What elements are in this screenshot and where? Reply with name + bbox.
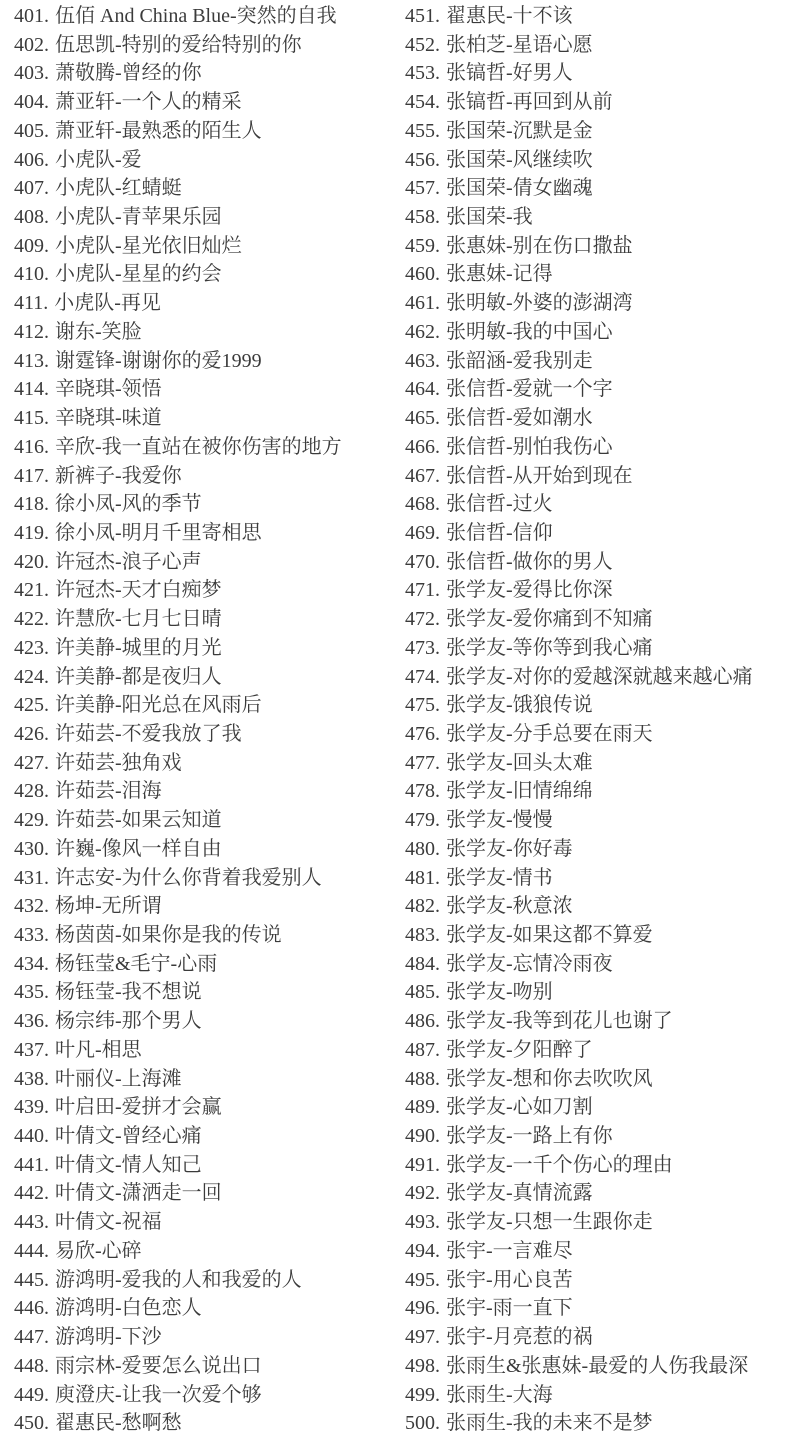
list-item: 478.张学友-旧情绵绵 xyxy=(405,777,753,806)
song-entry: 张宇-雨一直下 xyxy=(446,1297,573,1319)
song-number: 495. xyxy=(405,1269,440,1291)
song-entry: 张国荣-我 xyxy=(446,206,533,228)
song-entry: 张学友-饿狼传说 xyxy=(446,694,593,716)
list-item: 401.伍佰 And China Blue-突然的自我 xyxy=(14,2,342,31)
list-item: 420.许冠杰-浪子心声 xyxy=(14,548,342,577)
list-item: 438.叶丽仪-上海滩 xyxy=(14,1065,342,1094)
song-entry: 杨钰莹&毛宁-心雨 xyxy=(55,953,217,975)
song-entry: 张信哲-爱就一个字 xyxy=(446,378,613,400)
song-entry: 小虎队-星星的约会 xyxy=(55,263,222,285)
song-number: 449. xyxy=(14,1384,49,1406)
song-number: 447. xyxy=(14,1326,49,1348)
song-number: 409. xyxy=(14,235,49,257)
song-number: 425. xyxy=(14,694,49,716)
list-item: 486.张学友-我等到花儿也谢了 xyxy=(405,1007,753,1036)
list-item: 457.张国荣-倩女幽魂 xyxy=(405,174,753,203)
list-item: 433.杨茵茵-如果你是我的传说 xyxy=(14,921,342,950)
list-item: 418.徐小凤-风的季节 xyxy=(14,490,342,519)
list-item: 430.许巍-像风一样自由 xyxy=(14,835,342,864)
song-number: 437. xyxy=(14,1039,49,1061)
song-number: 500. xyxy=(405,1412,440,1434)
song-entry: 辛晓琪-味道 xyxy=(55,407,162,429)
song-number: 480. xyxy=(405,838,440,860)
song-entry: 张学友-吻别 xyxy=(446,981,553,1003)
song-entry: 小虎队-星光依旧灿烂 xyxy=(55,235,242,257)
list-item: 415.辛晓琪-味道 xyxy=(14,404,342,433)
song-number: 452. xyxy=(405,34,440,56)
song-entry: 张学友-情书 xyxy=(446,867,553,889)
song-entry: 许茹芸-独角戏 xyxy=(55,752,182,774)
list-item: 447.游鸿明-下沙 xyxy=(14,1323,342,1352)
song-entry: 小虎队-青苹果乐园 xyxy=(55,206,222,228)
list-item: 422.许慧欣-七月七日晴 xyxy=(14,605,342,634)
list-item: 479.张学友-慢慢 xyxy=(405,806,753,835)
song-number: 429. xyxy=(14,809,49,831)
list-item: 410.小虎队-星星的约会 xyxy=(14,260,342,289)
song-entry: 叶倩文-潇洒走一回 xyxy=(55,1182,222,1204)
song-number: 441. xyxy=(14,1154,49,1176)
song-entry: 杨宗纬-那个男人 xyxy=(55,1010,202,1032)
song-entry: 小虎队-爱 xyxy=(55,149,142,171)
song-entry: 谢霆锋-谢谢你的爱1999 xyxy=(55,350,262,372)
song-entry: 张学友-等你等到我心痛 xyxy=(446,637,653,659)
song-entry: 叶凡-相思 xyxy=(55,1039,142,1061)
list-item: 413.谢霆锋-谢谢你的爱1999 xyxy=(14,347,342,376)
song-number: 492. xyxy=(405,1182,440,1204)
song-number: 453. xyxy=(405,62,440,84)
song-entry: 张学友-一路上有你 xyxy=(446,1125,613,1147)
list-item: 465.张信哲-爱如潮水 xyxy=(405,404,753,433)
song-entry: 辛晓琪-领悟 xyxy=(55,378,162,400)
song-entry: 徐小凤-明月千里寄相思 xyxy=(55,522,262,544)
song-number: 446. xyxy=(14,1297,49,1319)
list-item: 472.张学友-爱你痛到不知痛 xyxy=(405,605,753,634)
song-entry: 张学友-心如刀割 xyxy=(446,1096,593,1118)
song-list-column-left: 401.伍佰 And China Blue-突然的自我402.伍思凯-特别的爱给… xyxy=(14,2,342,1436)
list-item: 466.张信哲-别怕我伤心 xyxy=(405,433,753,462)
song-list-column-right: 451.翟惠民-十不该452.张柏芝-星语心愿453.张镐哲-好男人454.张镐… xyxy=(405,2,753,1436)
song-number: 451. xyxy=(405,5,440,27)
song-entry: 张信哲-过火 xyxy=(446,493,553,515)
song-entry: 许茹芸-如果云知道 xyxy=(55,809,222,831)
song-entry: 叶倩文-曾经心痛 xyxy=(55,1125,202,1147)
song-number: 445. xyxy=(14,1269,49,1291)
song-entry: 杨坤-无所谓 xyxy=(55,895,162,917)
song-number: 479. xyxy=(405,809,440,831)
list-item: 426.许茹芸-不爱我放了我 xyxy=(14,720,342,749)
song-number: 460. xyxy=(405,263,440,285)
list-item: 462.张明敏-我的中国心 xyxy=(405,318,753,347)
song-entry: 小虎队-再见 xyxy=(54,292,161,314)
song-number: 436. xyxy=(14,1010,49,1032)
list-item: 450.翟惠民-愁啊愁 xyxy=(14,1409,342,1436)
song-entry: 张雨生-大海 xyxy=(446,1384,553,1406)
list-item: 439.叶启田-爱拼才会赢 xyxy=(14,1093,342,1122)
list-item: 441.叶倩文-情人知己 xyxy=(14,1151,342,1180)
song-number: 402. xyxy=(14,34,49,56)
song-entry: 张宇-用心良苦 xyxy=(446,1269,573,1291)
song-number: 463. xyxy=(405,350,440,372)
song-number: 467. xyxy=(405,465,440,487)
song-number: 464. xyxy=(405,378,440,400)
song-entry: 张韶涵-爱我别走 xyxy=(446,350,593,372)
list-item: 481.张学友-情书 xyxy=(405,864,753,893)
song-number: 421. xyxy=(14,579,49,601)
song-entry: 萧敬腾-曾经的你 xyxy=(55,62,202,84)
list-item: 453.张镐哲-好男人 xyxy=(405,59,753,88)
list-item: 411.小虎队-再见 xyxy=(14,289,342,318)
song-number: 486. xyxy=(405,1010,440,1032)
list-item: 446.游鸿明-白色恋人 xyxy=(14,1294,342,1323)
song-number: 417. xyxy=(14,465,49,487)
song-entry: 许冠杰-天才白痴梦 xyxy=(55,579,222,601)
song-number: 431. xyxy=(14,867,49,889)
list-item: 431.许志安-为什么你背着我爱别人 xyxy=(14,864,342,893)
song-entry: 张惠妹-别在伤口撒盐 xyxy=(446,235,633,257)
list-item: 419.徐小凤-明月千里寄相思 xyxy=(14,519,342,548)
song-number: 490. xyxy=(405,1125,440,1147)
list-item: 449.庾澄庆-让我一次爱个够 xyxy=(14,1381,342,1410)
song-entry: 张柏芝-星语心愿 xyxy=(446,34,593,56)
list-item: 480.张学友-你好毒 xyxy=(405,835,753,864)
list-item: 485.张学友-吻别 xyxy=(405,978,753,1007)
song-entry: 小虎队-红蜻蜓 xyxy=(55,177,182,199)
song-entry: 游鸿明-爱我的人和我爱的人 xyxy=(55,1269,302,1291)
song-number: 465. xyxy=(405,407,440,429)
list-item: 409.小虎队-星光依旧灿烂 xyxy=(14,232,342,261)
song-number: 474. xyxy=(405,666,440,688)
song-entry: 张镐哲-再回到从前 xyxy=(446,91,613,113)
song-number: 412. xyxy=(14,321,49,343)
song-entry: 张学友-你好毒 xyxy=(446,838,573,860)
song-number: 406. xyxy=(14,149,49,171)
song-entry: 张信哲-爱如潮水 xyxy=(446,407,593,429)
song-entry: 张国荣-倩女幽魂 xyxy=(446,177,593,199)
song-entry: 张学友-只想一生跟你走 xyxy=(446,1211,653,1233)
song-entry: 许茹芸-泪海 xyxy=(55,780,162,802)
list-item: 496.张宇-雨一直下 xyxy=(405,1294,753,1323)
song-entry: 伍思凯-特别的爱给特别的你 xyxy=(55,34,302,56)
song-number: 487. xyxy=(405,1039,440,1061)
song-number: 443. xyxy=(14,1211,49,1233)
song-entry: 新裤子-我爱你 xyxy=(55,465,182,487)
song-number: 471. xyxy=(405,579,440,601)
song-entry: 辛欣-我一直站在被你伤害的地方 xyxy=(55,436,342,458)
song-number: 414. xyxy=(14,378,49,400)
song-number: 448. xyxy=(14,1355,49,1377)
list-item: 408.小虎队-青苹果乐园 xyxy=(14,203,342,232)
song-entry: 张国荣-沉默是金 xyxy=(446,120,593,142)
song-number: 442. xyxy=(14,1182,49,1204)
song-entry: 张惠妹-记得 xyxy=(446,263,553,285)
list-item: 455.张国荣-沉默是金 xyxy=(405,117,753,146)
song-number: 420. xyxy=(14,551,49,573)
song-entry: 张学友-一千个伤心的理由 xyxy=(446,1154,673,1176)
song-number: 478. xyxy=(405,780,440,802)
list-item: 459.张惠妹-别在伤口撒盐 xyxy=(405,232,753,261)
song-entry: 游鸿明-下沙 xyxy=(55,1326,162,1348)
list-item: 432.杨坤-无所谓 xyxy=(14,892,342,921)
list-item: 435.杨钰莹-我不想说 xyxy=(14,978,342,1007)
song-number: 423. xyxy=(14,637,49,659)
song-number: 419. xyxy=(14,522,49,544)
song-number: 407. xyxy=(14,177,49,199)
song-entry: 徐小凤-风的季节 xyxy=(55,493,202,515)
song-number: 455. xyxy=(405,120,440,142)
list-item: 471.张学友-爱得比你深 xyxy=(405,576,753,605)
song-number: 426. xyxy=(14,723,49,745)
song-number: 499. xyxy=(405,1384,440,1406)
list-item: 412.谢东-笑脸 xyxy=(14,318,342,347)
list-item: 475.张学友-饿狼传说 xyxy=(405,691,753,720)
song-number: 428. xyxy=(14,780,49,802)
list-item: 428.许茹芸-泪海 xyxy=(14,777,342,806)
song-entry: 张信哲-从开始到现在 xyxy=(446,465,633,487)
song-number: 462. xyxy=(405,321,440,343)
list-item: 474.张学友-对你的爱越深就越来越心痛 xyxy=(405,663,753,692)
song-number: 484. xyxy=(405,953,440,975)
song-entry: 杨茵茵-如果你是我的传说 xyxy=(55,924,282,946)
song-entry: 许冠杰-浪子心声 xyxy=(55,551,202,573)
song-number: 485. xyxy=(405,981,440,1003)
list-item: 424.许美静-都是夜归人 xyxy=(14,663,342,692)
song-entry: 杨钰莹-我不想说 xyxy=(55,981,202,1003)
list-item: 492.张学友-真情流露 xyxy=(405,1179,753,1208)
list-item: 490.张学友-一路上有你 xyxy=(405,1122,753,1151)
song-entry: 叶倩文-情人知己 xyxy=(55,1154,202,1176)
list-item: 405.萧亚轩-最熟悉的陌生人 xyxy=(14,117,342,146)
song-number: 427. xyxy=(14,752,49,774)
list-item: 494.张宇-一言难尽 xyxy=(405,1237,753,1266)
song-number: 439. xyxy=(14,1096,49,1118)
list-item: 468.张信哲-过火 xyxy=(405,490,753,519)
song-entry: 张信哲-别怕我伤心 xyxy=(446,436,613,458)
song-entry: 许美静-城里的月光 xyxy=(55,637,222,659)
song-number: 497. xyxy=(405,1326,440,1348)
song-entry: 翟惠民-愁啊愁 xyxy=(55,1412,182,1434)
list-item: 463.张韶涵-爱我别走 xyxy=(405,347,753,376)
song-list-document: 401.伍佰 And China Blue-突然的自我402.伍思凯-特别的爱给… xyxy=(0,0,800,1436)
song-number: 438. xyxy=(14,1068,49,1090)
list-item: 403.萧敬腾-曾经的你 xyxy=(14,59,342,88)
song-number: 496. xyxy=(405,1297,440,1319)
list-item: 452.张柏芝-星语心愿 xyxy=(405,31,753,60)
song-entry: 叶启田-爱拼才会赢 xyxy=(55,1096,222,1118)
song-number: 488. xyxy=(405,1068,440,1090)
song-entry: 庾澄庆-让我一次爱个够 xyxy=(55,1384,262,1406)
song-number: 458. xyxy=(405,206,440,228)
list-item: 427.许茹芸-独角戏 xyxy=(14,749,342,778)
list-item: 488.张学友-想和你去吹吹风 xyxy=(405,1065,753,1094)
list-item: 445.游鸿明-爱我的人和我爱的人 xyxy=(14,1266,342,1295)
list-item: 454.张镐哲-再回到从前 xyxy=(405,88,753,117)
list-item: 498.张雨生&张惠妹-最爱的人伤我最深 xyxy=(405,1352,753,1381)
list-item: 416.辛欣-我一直站在被你伤害的地方 xyxy=(14,433,342,462)
list-item: 451.翟惠民-十不该 xyxy=(405,2,753,31)
list-item: 404.萧亚轩-一个人的精采 xyxy=(14,88,342,117)
song-number: 405. xyxy=(14,120,49,142)
song-entry: 张学友-夕阳醉了 xyxy=(446,1039,593,1061)
list-item: 469.张信哲-信仰 xyxy=(405,519,753,548)
song-number: 456. xyxy=(405,149,440,171)
song-number: 440. xyxy=(14,1125,49,1147)
song-number: 430. xyxy=(14,838,49,860)
list-item: 483.张学友-如果这都不算爱 xyxy=(405,921,753,950)
song-entry: 张学友-忘情冷雨夜 xyxy=(446,953,613,975)
song-number: 493. xyxy=(405,1211,440,1233)
list-item: 443.叶倩文-祝福 xyxy=(14,1208,342,1237)
song-entry: 张学友-慢慢 xyxy=(446,809,553,831)
song-number: 472. xyxy=(405,608,440,630)
list-item: 476.张学友-分手总要在雨天 xyxy=(405,720,753,749)
song-entry: 张学友-秋意浓 xyxy=(446,895,573,917)
song-entry: 叶倩文-祝福 xyxy=(55,1211,162,1233)
song-entry: 许慧欣-七月七日晴 xyxy=(55,608,222,630)
song-entry: 萧亚轩-最熟悉的陌生人 xyxy=(55,120,262,142)
song-number: 461. xyxy=(405,292,440,314)
song-number: 416. xyxy=(14,436,49,458)
song-number: 404. xyxy=(14,91,49,113)
list-item: 461.张明敏-外婆的澎湖湾 xyxy=(405,289,753,318)
list-item: 448.雨宗林-爱要怎么说出口 xyxy=(14,1352,342,1381)
song-number: 481. xyxy=(405,867,440,889)
song-number: 422. xyxy=(14,608,49,630)
song-number: 408. xyxy=(14,206,49,228)
list-item: 477.张学友-回头太难 xyxy=(405,749,753,778)
song-entry: 张信哲-做你的男人 xyxy=(446,551,613,573)
song-number: 433. xyxy=(14,924,49,946)
song-entry: 许茹芸-不爱我放了我 xyxy=(55,723,242,745)
song-number: 476. xyxy=(405,723,440,745)
list-item: 473.张学友-等你等到我心痛 xyxy=(405,634,753,663)
song-number: 477. xyxy=(405,752,440,774)
song-number: 432. xyxy=(14,895,49,917)
song-number: 450. xyxy=(14,1412,49,1434)
song-number: 468. xyxy=(405,493,440,515)
list-item: 491.张学友-一千个伤心的理由 xyxy=(405,1151,753,1180)
list-item: 407.小虎队-红蜻蜓 xyxy=(14,174,342,203)
list-item: 440.叶倩文-曾经心痛 xyxy=(14,1122,342,1151)
song-entry: 张学友-爱得比你深 xyxy=(446,579,613,601)
list-item: 429.许茹芸-如果云知道 xyxy=(14,806,342,835)
list-item: 444.易欣-心碎 xyxy=(14,1237,342,1266)
song-number: 434. xyxy=(14,953,49,975)
song-entry: 张学友-对你的爱越深就越来越心痛 xyxy=(446,666,753,688)
song-entry: 许巍-像风一样自由 xyxy=(55,838,222,860)
song-entry: 张学友-我等到花儿也谢了 xyxy=(446,1010,673,1032)
song-entry: 张明敏-我的中国心 xyxy=(446,321,613,343)
list-item: 495.张宇-用心良苦 xyxy=(405,1266,753,1295)
list-item: 458.张国荣-我 xyxy=(405,203,753,232)
song-entry: 张学友-真情流露 xyxy=(446,1182,593,1204)
list-item: 437.叶凡-相思 xyxy=(14,1036,342,1065)
song-entry: 谢东-笑脸 xyxy=(55,321,142,343)
list-item: 425.许美静-阳光总在风雨后 xyxy=(14,691,342,720)
song-number: 498. xyxy=(405,1355,440,1377)
list-item: 442.叶倩文-潇洒走一回 xyxy=(14,1179,342,1208)
list-item: 402.伍思凯-特别的爱给特别的你 xyxy=(14,31,342,60)
song-entry: 许志安-为什么你背着我爱别人 xyxy=(55,867,322,889)
song-entry: 叶丽仪-上海滩 xyxy=(55,1068,182,1090)
song-number: 466. xyxy=(405,436,440,458)
song-number: 401. xyxy=(14,5,49,27)
list-item: 470.张信哲-做你的男人 xyxy=(405,548,753,577)
list-item: 484.张学友-忘情冷雨夜 xyxy=(405,950,753,979)
list-item: 460.张惠妹-记得 xyxy=(405,260,753,289)
list-item: 467.张信哲-从开始到现在 xyxy=(405,462,753,491)
song-entry: 张学友-爱你痛到不知痛 xyxy=(446,608,653,630)
list-item: 497.张宇-月亮惹的祸 xyxy=(405,1323,753,1352)
song-number: 411. xyxy=(14,292,48,314)
song-number: 435. xyxy=(14,981,49,1003)
list-item: 436.杨宗纬-那个男人 xyxy=(14,1007,342,1036)
song-number: 413. xyxy=(14,350,49,372)
song-number: 470. xyxy=(405,551,440,573)
song-entry: 张学友-旧情绵绵 xyxy=(446,780,593,802)
song-entry: 张信哲-信仰 xyxy=(446,522,553,544)
song-entry: 雨宗林-爱要怎么说出口 xyxy=(55,1355,262,1377)
list-item: 489.张学友-心如刀割 xyxy=(405,1093,753,1122)
song-number: 469. xyxy=(405,522,440,544)
song-number: 415. xyxy=(14,407,49,429)
song-number: 418. xyxy=(14,493,49,515)
song-entry: 游鸿明-白色恋人 xyxy=(55,1297,202,1319)
list-item: 500.张雨生-我的未来不是梦 xyxy=(405,1409,753,1436)
list-item: 423.许美静-城里的月光 xyxy=(14,634,342,663)
song-entry: 张镐哲-好男人 xyxy=(446,62,573,84)
song-entry: 张学友-回头太难 xyxy=(446,752,593,774)
song-entry: 伍佰 And China Blue-突然的自我 xyxy=(55,5,337,27)
song-number: 491. xyxy=(405,1154,440,1176)
song-entry: 许美静-阳光总在风雨后 xyxy=(55,694,262,716)
list-item: 417.新裤子-我爱你 xyxy=(14,462,342,491)
list-item: 421.许冠杰-天才白痴梦 xyxy=(14,576,342,605)
song-entry: 张学友-如果这都不算爱 xyxy=(446,924,653,946)
song-entry: 易欣-心碎 xyxy=(55,1240,142,1262)
song-number: 424. xyxy=(14,666,49,688)
song-number: 454. xyxy=(405,91,440,113)
list-item: 464.张信哲-爱就一个字 xyxy=(405,375,753,404)
song-entry: 张学友-分手总要在雨天 xyxy=(446,723,653,745)
song-number: 457. xyxy=(405,177,440,199)
song-entry: 张雨生-我的未来不是梦 xyxy=(446,1412,653,1434)
song-entry: 张国荣-风继续吹 xyxy=(446,149,593,171)
song-entry: 许美静-都是夜归人 xyxy=(55,666,222,688)
song-number: 494. xyxy=(405,1240,440,1262)
song-entry: 萧亚轩-一个人的精采 xyxy=(55,91,242,113)
song-entry: 张雨生&张惠妹-最爱的人伤我最深 xyxy=(446,1355,748,1377)
song-number: 403. xyxy=(14,62,49,84)
list-item: 493.张学友-只想一生跟你走 xyxy=(405,1208,753,1237)
song-number: 459. xyxy=(405,235,440,257)
song-entry: 张宇-一言难尽 xyxy=(446,1240,573,1262)
list-item: 487.张学友-夕阳醉了 xyxy=(405,1036,753,1065)
list-item: 414.辛晓琪-领悟 xyxy=(14,375,342,404)
song-number: 475. xyxy=(405,694,440,716)
song-number: 444. xyxy=(14,1240,49,1262)
song-entry: 翟惠民-十不该 xyxy=(446,5,573,27)
list-item: 482.张学友-秋意浓 xyxy=(405,892,753,921)
list-item: 434.杨钰莹&毛宁-心雨 xyxy=(14,950,342,979)
song-number: 482. xyxy=(405,895,440,917)
song-number: 410. xyxy=(14,263,49,285)
song-entry: 张明敏-外婆的澎湖湾 xyxy=(446,292,633,314)
song-number: 483. xyxy=(405,924,440,946)
list-item: 456.张国荣-风继续吹 xyxy=(405,146,753,175)
list-item: 499.张雨生-大海 xyxy=(405,1381,753,1410)
list-item: 406.小虎队-爱 xyxy=(14,146,342,175)
song-number: 489. xyxy=(405,1096,440,1118)
